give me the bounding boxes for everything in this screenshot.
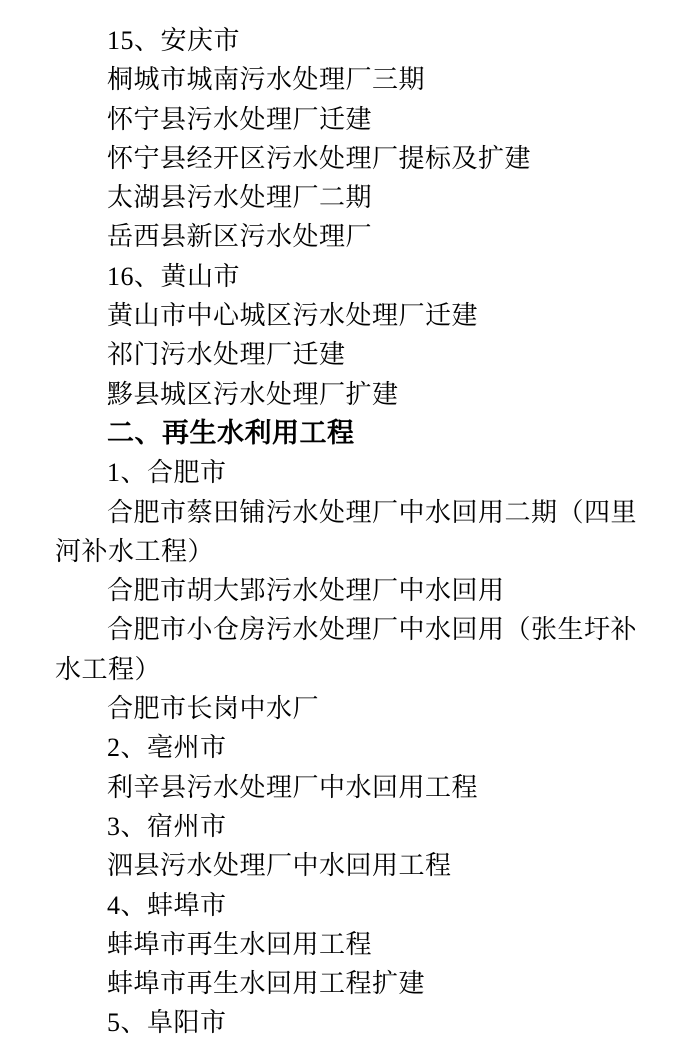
text-line: 合肥市胡大郢污水处理厂中水回用 <box>55 571 636 610</box>
text-line: 太湖县污水处理厂二期 <box>55 178 636 217</box>
text-line: 蚌埠市再生水回用工程扩建 <box>55 964 636 1003</box>
text-line: 岳西县新区污水处理厂 <box>55 217 636 256</box>
section-heading: 二、再生水利用工程 <box>55 414 636 453</box>
text-line: 怀宁县经开区污水处理厂提标及扩建 <box>55 139 636 178</box>
text-line: 合肥市长岗中水厂 <box>55 689 636 728</box>
text-line: 蚌埠市再生水回用工程 <box>55 925 636 964</box>
text-line: 合肥市小仓房污水处理厂中水回用（张生圩补 <box>55 610 636 649</box>
text-line: 3、宿州市 <box>55 807 636 846</box>
document-text-block: 15、安庆市桐城市城南污水处理厂三期怀宁县污水处理厂迁建怀宁县经开区污水处理厂提… <box>55 21 636 1043</box>
text-line: 4、蚌埠市 <box>55 886 636 925</box>
text-line: 15、安庆市 <box>55 21 636 60</box>
text-line: 16、黄山市 <box>55 257 636 296</box>
text-line: 5、阜阳市 <box>55 1003 636 1042</box>
text-line: 河补水工程） <box>55 532 636 571</box>
text-line: 泗县污水处理厂中水回用工程 <box>55 846 636 885</box>
text-line: 黄山市中心城区污水处理厂迁建 <box>55 296 636 335</box>
text-line: 水工程） <box>55 650 636 689</box>
text-line: 祁门污水处理厂迁建 <box>55 335 636 374</box>
text-line: 黟县城区污水处理厂扩建 <box>55 375 636 414</box>
text-line: 怀宁县污水处理厂迁建 <box>55 100 636 139</box>
text-line: 利辛县污水处理厂中水回用工程 <box>55 768 636 807</box>
text-line: 合肥市蔡田铺污水处理厂中水回用二期（四里 <box>55 493 636 532</box>
text-line: 桐城市城南污水处理厂三期 <box>55 60 636 99</box>
text-line: 1、合肥市 <box>55 453 636 492</box>
document-page: 15、安庆市桐城市城南污水处理厂三期怀宁县污水处理厂迁建怀宁县经开区污水处理厂提… <box>0 0 696 1047</box>
text-line: 2、亳州市 <box>55 728 636 767</box>
